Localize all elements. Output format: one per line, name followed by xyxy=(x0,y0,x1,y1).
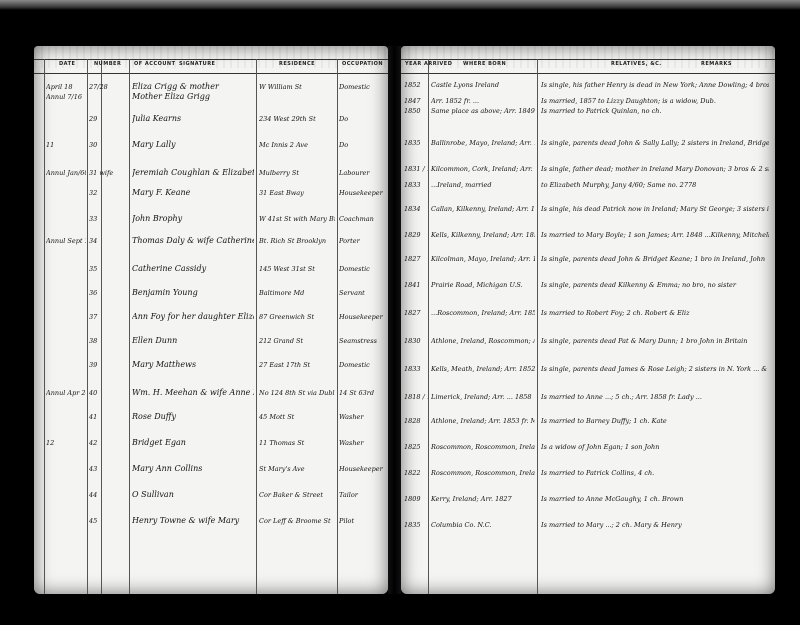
row-number: 45 xyxy=(89,516,127,526)
header-relatives: Relatives, &c. xyxy=(611,61,662,67)
row-residence: No 124 8th St via Dublin City Ireland xyxy=(259,388,335,398)
row-number: 32 xyxy=(89,188,127,198)
row-residence: 87 Greenwich St xyxy=(259,312,335,322)
row-relatives: Is married, 1857 to Lizzy Daughton; is a… xyxy=(541,96,769,106)
row-occupation: Porter xyxy=(339,236,387,246)
row-residence: Cor Baker & Street xyxy=(259,490,335,500)
row-occupation: Domestic xyxy=(339,264,387,274)
row-where-born: ...Roscommon, Ireland; Arr. 1852 fr. Man… xyxy=(431,308,535,318)
row-relatives: Is married to Anne McGaughy, 1 ch. Brown xyxy=(541,494,769,504)
header-year-arrived: Year Arrived xyxy=(405,61,452,67)
row-number: 31 wife xyxy=(89,168,127,178)
row-year-arrived: 1835 xyxy=(404,520,428,530)
row-where-born: Kilcolman, Mayo, Ireland; Arr. 1853 fr. … xyxy=(431,254,535,264)
row-year-arrived: 1841 xyxy=(404,280,428,290)
row-where-born: Ballinrobe, Mayo, Ireland; Arr. 1861 fr.… xyxy=(431,138,535,148)
row-occupation: Do xyxy=(339,114,387,124)
header-signature: Signature xyxy=(179,61,215,67)
row-year-arrived: 1850 xyxy=(404,106,428,116)
row-relatives: Is married to Patrick Quinlan, no ch. xyxy=(541,106,769,116)
row-signature: Henry Towne & wife Mary xyxy=(132,516,254,526)
row-number: 37 xyxy=(89,312,127,322)
row-where-born: Athlone, Ireland; Arr. 1853 fr. Manhatta… xyxy=(431,416,535,426)
row-signature: Bridget Egan xyxy=(132,438,254,448)
row-occupation: Servant xyxy=(339,288,387,298)
header-rule-bottom xyxy=(401,73,775,74)
row-occupation: Pilot xyxy=(339,516,387,526)
row-year-arrived: 1809 xyxy=(404,494,428,504)
row-number: 41 xyxy=(89,412,127,422)
row-date: 12 xyxy=(46,438,86,448)
header-number: Number xyxy=(94,61,121,67)
row-where-born: ...Ireland, married xyxy=(431,180,535,190)
row-occupation: Tailor xyxy=(339,490,387,500)
row-year-arrived: 1833 xyxy=(404,364,428,374)
row-relatives: Is single, parents dead John & Sally Lal… xyxy=(541,138,769,148)
row-where-born: Arr. 1852 fr. ... xyxy=(431,96,535,106)
header-remarks: Remarks xyxy=(701,61,732,67)
row-relatives: Is married to Patrick Collins, 4 ch. xyxy=(541,468,769,478)
row-year-arrived: 1818 / 1827 xyxy=(404,392,428,402)
row-date: 11 xyxy=(46,140,86,150)
column-divider xyxy=(87,59,88,594)
row-relatives: Is married to Mary ...; 2 ch. Mary & Hen… xyxy=(541,520,769,530)
row-year-arrived: 1834 xyxy=(404,204,428,214)
row-number: 39 xyxy=(89,360,127,370)
row-residence: W 41st St with Mary Brophy xyxy=(259,214,335,224)
row-where-born: Athlone, Ireland, Roscommon; Arr. 1852 f… xyxy=(431,336,535,346)
row-where-born: Kells, Kilkenny, Ireland; Arr. 1850 fr. … xyxy=(431,230,535,240)
row-occupation: Washer xyxy=(339,412,387,422)
row-signature: Mary Ann Collins xyxy=(132,464,254,474)
row-year-arrived: 1829 xyxy=(404,230,428,240)
row-residence: Baltimore Md xyxy=(259,288,335,298)
row-year-arrived: 1852 xyxy=(404,80,428,90)
row-where-born: Prairie Road, Michigan U.S. xyxy=(431,280,535,290)
row-relatives: Is single, parents dead James & Rose Lei… xyxy=(541,364,769,374)
header-where-born: Where Born xyxy=(463,61,506,67)
row-occupation: Do xyxy=(339,140,387,150)
row-date: Annul Jan/60 xyxy=(46,168,86,178)
row-where-born: Callan, Kilkenny, Ireland; Arr. 1850 fr.… xyxy=(431,204,535,214)
row-relatives: Is married to Robert Foy; 2 ch. Robert &… xyxy=(541,308,769,318)
row-signature: Julia Kearns xyxy=(132,114,254,124)
row-where-born: Roscommon, Roscommon, Ireland; Arr. 1844… xyxy=(431,442,535,452)
row-number: 35 xyxy=(89,264,127,274)
right-ledger-page: Year Arrived Where Born Relatives, &c. R… xyxy=(401,46,775,594)
column-divider xyxy=(44,59,45,594)
row-signature: Catherine Cassidy xyxy=(132,264,254,274)
row-residence: 145 West 31st St xyxy=(259,264,335,274)
header-residence: Residence xyxy=(279,61,315,67)
row-number: 38 xyxy=(89,336,127,346)
row-relatives: Is single, parents dead John & Bridget K… xyxy=(541,254,769,264)
row-residence: St Mary's Ave xyxy=(259,464,335,474)
row-where-born: Castle Lyons Ireland xyxy=(431,80,535,90)
row-occupation: Seamstress xyxy=(339,336,387,346)
row-signature: Ann Foy for her daughter Elizabeth xyxy=(132,312,254,322)
column-divider xyxy=(428,59,429,594)
row-number: 34 xyxy=(89,236,127,246)
row-relatives: Is married to Mary Boyle; 1 son James; A… xyxy=(541,230,769,240)
row-where-born: Roscommon, Roscommon, Ireland; Arr. 1836… xyxy=(431,468,535,478)
row-occupation: Washer xyxy=(339,438,387,448)
row-occupation: Labourer xyxy=(339,168,387,178)
row-number: 36 xyxy=(89,288,127,298)
header-of-account: of account xyxy=(134,61,176,67)
row-relatives: Is single, his father Henry is dead in N… xyxy=(541,80,769,90)
row-residence: 234 West 29th St xyxy=(259,114,335,124)
row-residence: Cor Leff & Broome St xyxy=(259,516,335,526)
row-signature: Ellen Dunn xyxy=(132,336,254,346)
row-relatives: Is single, father dead; mother in Irelan… xyxy=(541,164,769,174)
row-where-born: Columbia Co. N.C. xyxy=(431,520,535,530)
row-year-arrived: 1828 xyxy=(404,416,428,426)
row-year-arrived: 1830 xyxy=(404,336,428,346)
row-number: 40 xyxy=(89,388,127,398)
column-divider xyxy=(537,59,538,594)
row-year-arrived: 1835 xyxy=(404,138,428,148)
header-rule-top xyxy=(401,59,775,60)
row-year-arrived: 1831 / 1833 xyxy=(404,164,428,174)
row-number: 44 xyxy=(89,490,127,500)
row-number: 27/28 xyxy=(89,82,127,92)
row-date: Annul 7/16 xyxy=(46,92,86,102)
row-residence: W William St xyxy=(259,82,335,92)
row-occupation: Housekeeper xyxy=(339,464,387,474)
row-signature: Jeremiah Coughlan & Elizabeth Coughlan xyxy=(132,168,254,178)
header-occupation: Occupation xyxy=(342,61,383,67)
row-date: April 18 xyxy=(46,82,86,92)
row-relatives: Is married to Barney Duffy; 1 ch. Kate xyxy=(541,416,769,426)
row-occupation: Coachman xyxy=(339,214,387,224)
column-divider xyxy=(129,59,130,594)
row-occupation: Housekeeper xyxy=(339,312,387,322)
row-residence: 31 East Bway xyxy=(259,188,335,198)
column-divider xyxy=(337,59,338,594)
row-where-born: Kilcommon, Cork, Ireland; Arr. 1856 xyxy=(431,164,535,174)
row-signature: O Sullivan xyxy=(132,490,254,500)
row-where-born: Same place as above; Arr. 1849 fr. Const… xyxy=(431,106,535,116)
row-signature: Thomas Daly & wife Catherine Daly xyxy=(132,236,254,246)
row-occupation: 14 St 63rd xyxy=(339,388,387,398)
header-date: Date xyxy=(59,61,75,67)
row-signature: John Brophy xyxy=(132,214,254,224)
row-number: 29 xyxy=(89,114,127,124)
row-number: 30 xyxy=(89,140,127,150)
row-relatives: Is single, his dead Patrick now in Irela… xyxy=(541,204,769,214)
row-year-arrived: 1825 xyxy=(404,442,428,452)
row-number: 43 xyxy=(89,464,127,474)
row-relatives: to Elizabeth Murphy, Jany 4/60; Same no.… xyxy=(541,180,769,190)
row-residence: Bt. Rich St Brooklyn xyxy=(259,236,335,246)
row-residence: 212 Grand St xyxy=(259,336,335,346)
row-signature: Mary Matthews xyxy=(132,360,254,370)
row-relatives: Is single, parents dead Kilkenny & Emma;… xyxy=(541,280,769,290)
row-residence: Mc Innis 2 Ave xyxy=(259,140,335,150)
row-relatives: Is single, parents dead Pat & Mary Dunn;… xyxy=(541,336,769,346)
row-year-arrived: 1827 xyxy=(404,254,428,264)
row-occupation: Domestic xyxy=(339,360,387,370)
row-residence: 11 Thomas St xyxy=(259,438,335,448)
row-signature: Mother Eliza Grigg xyxy=(132,92,254,102)
row-relatives: Is married to Anne ...; 5 ch.; Arr. 1858… xyxy=(541,392,769,402)
book-binding-gutter xyxy=(388,46,401,594)
row-where-born: Limerick, Ireland; Arr. ... 1858 xyxy=(431,392,535,402)
row-year-arrived: 1827 xyxy=(404,308,428,318)
row-residence: Mulberry St xyxy=(259,168,335,178)
row-year-arrived: 1833 xyxy=(404,180,428,190)
row-number: 42 xyxy=(89,438,127,448)
row-residence: 45 Mott St xyxy=(259,412,335,422)
row-signature: Wm. H. Meehan & wife Anne M. Meehan xyxy=(132,388,254,398)
row-date: Annul Sept 11/60 xyxy=(46,236,86,246)
column-divider xyxy=(256,59,257,594)
row-occupation: Housekeeper xyxy=(339,188,387,198)
row-occupation: Domestic xyxy=(339,82,387,92)
row-where-born: Kells, Meath, Ireland; Arr. 1852 fr. Con… xyxy=(431,364,535,374)
row-signature: Eliza Crigg & mother xyxy=(132,82,254,92)
row-residence: 27 East 17th St xyxy=(259,360,335,370)
row-signature: Mary Lally xyxy=(132,140,254,150)
row-year-arrived: 1847 xyxy=(404,96,428,106)
row-signature: Rose Duffy xyxy=(132,412,254,422)
row-year-arrived: 1822 xyxy=(404,468,428,478)
scan-top-edge xyxy=(0,0,800,10)
left-ledger-page: Date Number of account Signature Residen… xyxy=(34,46,388,594)
row-date: Annul Apr 20/62 xyxy=(46,388,86,398)
row-where-born: Kerry, Ireland; Arr. 1827 xyxy=(431,494,535,504)
row-relatives: Is a widow of John Egan; 1 son John xyxy=(541,442,769,452)
row-signature: Benjamin Young xyxy=(132,288,254,298)
row-signature: Mary F. Keane xyxy=(132,188,254,198)
row-number: 33 xyxy=(89,214,127,224)
